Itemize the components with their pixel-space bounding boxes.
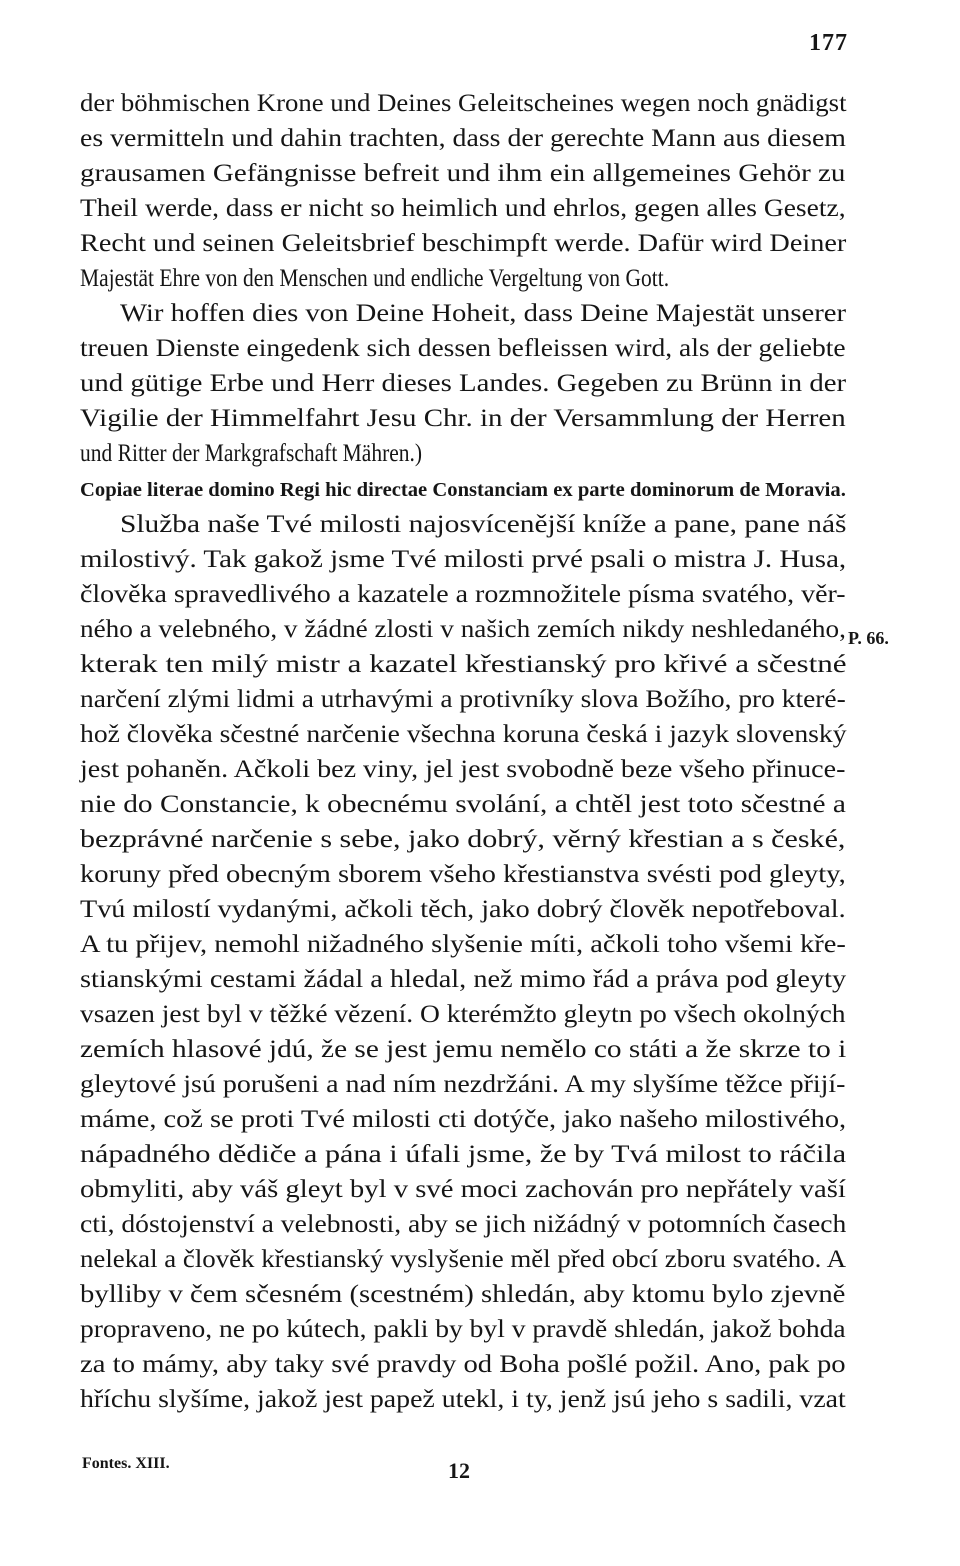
text-line: hříchu slyšíme, jakož jest papež utekl, … (80, 1382, 846, 1417)
latin-heading: Copiae literae domino Regi hic directae … (80, 475, 846, 505)
text-line: vsazen jest byl v těžké vězení. O kterém… (80, 997, 846, 1032)
text-line: Recht und seinen Geleitsbrief beschimpft… (80, 226, 846, 261)
margin-note: P. 66. (848, 628, 889, 649)
text-line: grausamen Gefängnisse befreit und ihm ei… (80, 156, 846, 191)
text-line: Služba naše Tvé milosti najosvícenější k… (80, 507, 846, 542)
text-line: Vigilie der Himmelfahrt Jesu Chr. in der… (80, 401, 846, 436)
text-line: bezprávné narčenie s sebe, jako dobrý, v… (80, 822, 846, 857)
text-line: der böhmischen Krone und Deines Geleitsc… (80, 86, 846, 121)
text-line: treuen Dienste eingedenk sich dessen bef… (80, 331, 846, 366)
german-paragraph-1: der böhmischen Krone und Deines Geleitsc… (80, 86, 846, 296)
text-line: propraveno, ne po kútech, pakli by byl v… (80, 1312, 846, 1347)
text-line: nápadného dědiče a pána i úfali jsme, že… (80, 1137, 846, 1172)
text-line: A tu přijev, nemohl nižadného slyšenie m… (80, 927, 846, 962)
text-line: Wir hoffen dies von Deine Hoheit, dass D… (80, 296, 846, 331)
text-line: stianskými cestami žádal a hledal, než m… (80, 962, 846, 997)
text-line: und Ritter der Markgrafschaft Mähren.) (80, 436, 846, 471)
text-line: bylliby v čem sčesném (scestném) shledán… (80, 1277, 846, 1312)
text-line: milostivý. Tak gakož jsme Tvé milosti pr… (80, 542, 846, 577)
text-line: za to mámy, aby taky své pravdy od Boha … (80, 1347, 846, 1382)
text-line: člověka spravedlivého a kazatele a rozmn… (80, 577, 846, 612)
text-line: Majestät Ehre von den Menschen und endli… (80, 261, 846, 296)
text-line: Theil werde, dass er nicht so heimlich u… (80, 191, 846, 226)
text-line: máme, což se proti Tvé milosti cti dotýč… (80, 1102, 846, 1137)
text-line: jest pohaněn. Ačkoli bez viny, jel jest … (80, 752, 846, 787)
text-line: cti, dóstojenství a velebnosti, aby se j… (80, 1207, 846, 1242)
page-number: 177 (809, 30, 848, 57)
text-line: narčení zlými lidmi a utrhavými a protiv… (80, 682, 846, 717)
text-line: hož člověka sčestné narčenie všechna kor… (80, 717, 846, 752)
text-line: obmyliti, aby váš gleyt byl v své moci z… (80, 1172, 846, 1207)
text-line: Tvú milostí vydanými, ačkoli těch, jako … (80, 892, 846, 927)
text-line: ného a velebného, v žádné zlosti v našic… (80, 612, 846, 647)
czech-paragraph: Služba naše Tvé milosti najosvícenější k… (80, 507, 846, 1417)
text-line: nelekal a člověk křestianský vyslyšenie … (80, 1242, 846, 1277)
text-line: zemích hlasové jdú, že se jest jemu nemě… (80, 1032, 846, 1067)
text-line: gleytové jsú porušeni a nad ním nezdržán… (80, 1067, 846, 1102)
text-line: nie do Constancie, k obecnému svolání, a… (80, 787, 846, 822)
text-line: koruny před obecným sborem všeho křestia… (80, 857, 846, 892)
text-line: und gütige Erbe und Herr dieses Landes. … (80, 366, 846, 401)
german-paragraph-2: Wir hoffen dies von Deine Hoheit, dass D… (80, 296, 846, 471)
footer-signature: 12 (448, 1458, 470, 1484)
body-text: der böhmischen Krone und Deines Geleitsc… (80, 86, 846, 1417)
text-line: es vermitteln und dahin trachten, dass d… (80, 121, 846, 156)
footer-source: Fontes. XIII. (82, 1455, 170, 1473)
text-line: kterak ten milý mistr a kazatel křestian… (80, 647, 846, 682)
